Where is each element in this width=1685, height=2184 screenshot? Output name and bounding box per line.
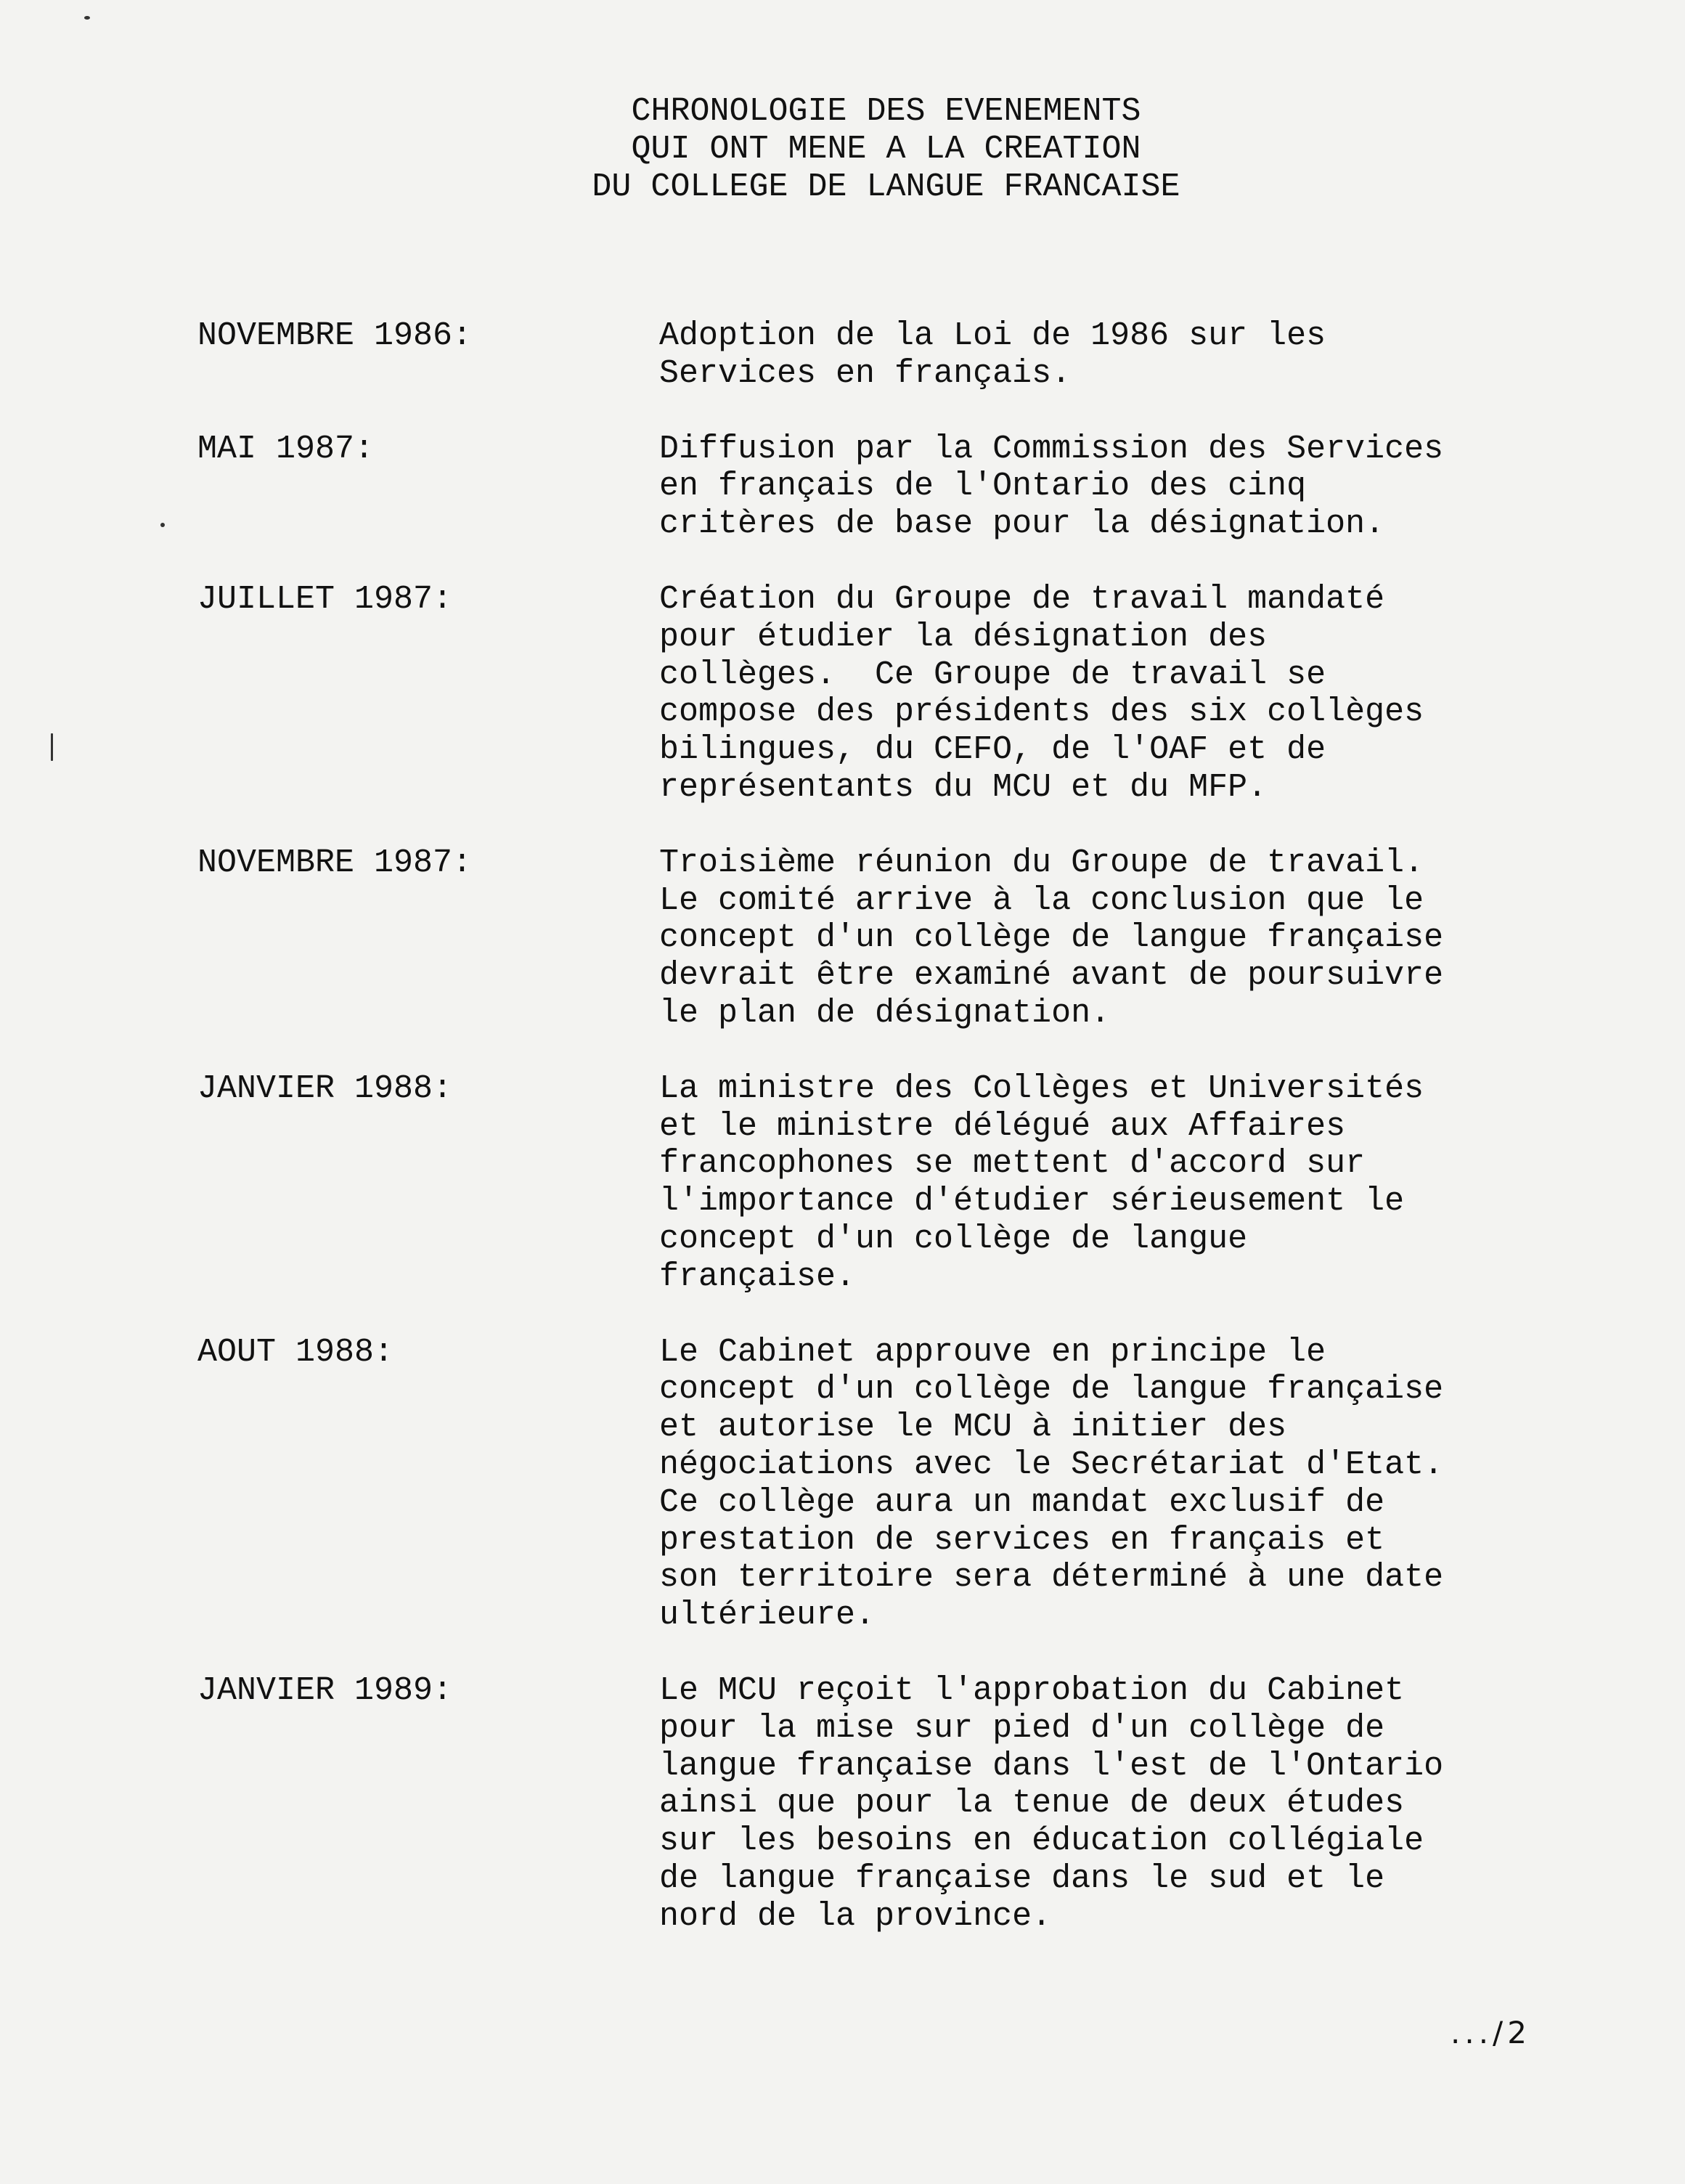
description-line: Services en français. [659, 355, 1577, 393]
description-line: Ce collège aura un mandat exclusif de [659, 1484, 1577, 1522]
chronology-entry: MAI 1987: Diffusion par la Commission de… [197, 431, 1577, 543]
description-line: pour étudier la désignation des [659, 619, 1577, 656]
description-line: prestation de services en français et [659, 1522, 1577, 1560]
title-line: DU COLLEGE DE LANGUE FRANCAISE [87, 168, 1685, 206]
description-line: son territoire sera déterminé à une date [659, 1559, 1577, 1597]
entry-date: NOVEMBRE 1987: [197, 844, 659, 882]
description-line: en français de l'Ontario des cinq [659, 468, 1577, 505]
description-line: critères de base pour la désignation. [659, 505, 1577, 543]
chronology-entry: AOUT 1988: Le Cabinet approuve en princi… [197, 1334, 1577, 1634]
description-line: Troisième réunion du Groupe de travail. [659, 844, 1577, 882]
description-line: et le ministre délégué aux Affaires [659, 1108, 1577, 1146]
scan-speck [84, 16, 90, 20]
entry-description: La ministre des Collèges et Universités … [659, 1070, 1577, 1296]
entry-description: Troisième réunion du Groupe de travail. … [659, 844, 1577, 1032]
entry-date: JANVIER 1989: [197, 1672, 659, 1710]
entry-date: NOVEMBRE 1986: [197, 317, 659, 355]
entry-date: MAI 1987: [197, 431, 659, 468]
description-line: Création du Groupe de travail mandaté [659, 581, 1577, 619]
entry-description: Le Cabinet approuve en principe le conce… [659, 1334, 1577, 1634]
title-line: CHRONOLOGIE DES EVENEMENTS [87, 93, 1685, 131]
description-line: française. [659, 1258, 1577, 1296]
description-line: concept d'un collège de langue [659, 1221, 1577, 1258]
description-line: bilingues, du CEFO, de l'OAF et de [659, 731, 1577, 769]
entry-description: Le MCU reçoit l'approbation du Cabinet p… [659, 1672, 1577, 1936]
description-line: Adoption de la Loi de 1986 sur les [659, 317, 1577, 355]
description-line: La ministre des Collèges et Universités [659, 1070, 1577, 1108]
description-line: sur les besoins en éducation collégiale [659, 1822, 1577, 1860]
description-line: ultérieure. [659, 1597, 1577, 1634]
chronology-entry: JUILLET 1987: Création du Groupe de trav… [197, 581, 1577, 807]
description-line: concept d'un collège de langue française [659, 919, 1577, 957]
chronology-entry: NOVEMBRE 1986: Adoption de la Loi de 198… [197, 317, 1577, 393]
description-line: nord de la province. [659, 1898, 1577, 1936]
entry-date: AOUT 1988: [197, 1334, 659, 1372]
description-line: Diffusion par la Commission des Services [659, 431, 1577, 468]
description-line: le plan de désignation. [659, 995, 1577, 1032]
chronology-list: NOVEMBRE 1986: Adoption de la Loi de 198… [197, 317, 1577, 1973]
scan-speck [51, 733, 53, 761]
description-line: de langue française dans le sud et le [659, 1860, 1577, 1898]
entry-description: Création du Groupe de travail mandaté po… [659, 581, 1577, 807]
description-line: Le MCU reçoit l'approbation du Cabinet [659, 1672, 1577, 1710]
description-line: représentants du MCU et du MFP. [659, 769, 1577, 807]
entry-description: Diffusion par la Commission des Services… [659, 431, 1577, 543]
entry-description: Adoption de la Loi de 1986 sur les Servi… [659, 317, 1577, 393]
description-line: Le comité arrive à la conclusion que le [659, 882, 1577, 920]
description-line: l'importance d'étudier sérieusement le [659, 1183, 1577, 1221]
page-continuation-marker: .../2 [1451, 2015, 1531, 2050]
document-title: CHRONOLOGIE DES EVENEMENTS QUI ONT MENE … [0, 93, 1685, 206]
description-line: devrait être examiné avant de poursuivre [659, 957, 1577, 995]
description-line: langue française dans l'est de l'Ontario [659, 1748, 1577, 1785]
description-line: compose des présidents des six collèges [659, 693, 1577, 731]
description-line: pour la mise sur pied d'un collège de [659, 1710, 1577, 1748]
description-line: concept d'un collège de langue française [659, 1371, 1577, 1409]
description-line: francophones se mettent d'accord sur [659, 1145, 1577, 1183]
entry-date: JUILLET 1987: [197, 581, 659, 619]
chronology-entry: NOVEMBRE 1987: Troisième réunion du Grou… [197, 844, 1577, 1032]
description-line: négociations avec le Secrétariat d'Etat. [659, 1446, 1577, 1484]
chronology-entry: JANVIER 1989: Le MCU reçoit l'approbatio… [197, 1672, 1577, 1936]
description-line: Le Cabinet approuve en principe le [659, 1334, 1577, 1372]
description-line: ainsi que pour la tenue de deux études [659, 1785, 1577, 1822]
scan-speck [160, 523, 165, 527]
entry-date: JANVIER 1988: [197, 1070, 659, 1108]
description-line: collèges. Ce Groupe de travail se [659, 656, 1577, 694]
description-line: et autorise le MCU à initier des [659, 1409, 1577, 1446]
title-line: QUI ONT MENE A LA CREATION [87, 131, 1685, 168]
chronology-entry: JANVIER 1988: La ministre des Collèges e… [197, 1070, 1577, 1296]
